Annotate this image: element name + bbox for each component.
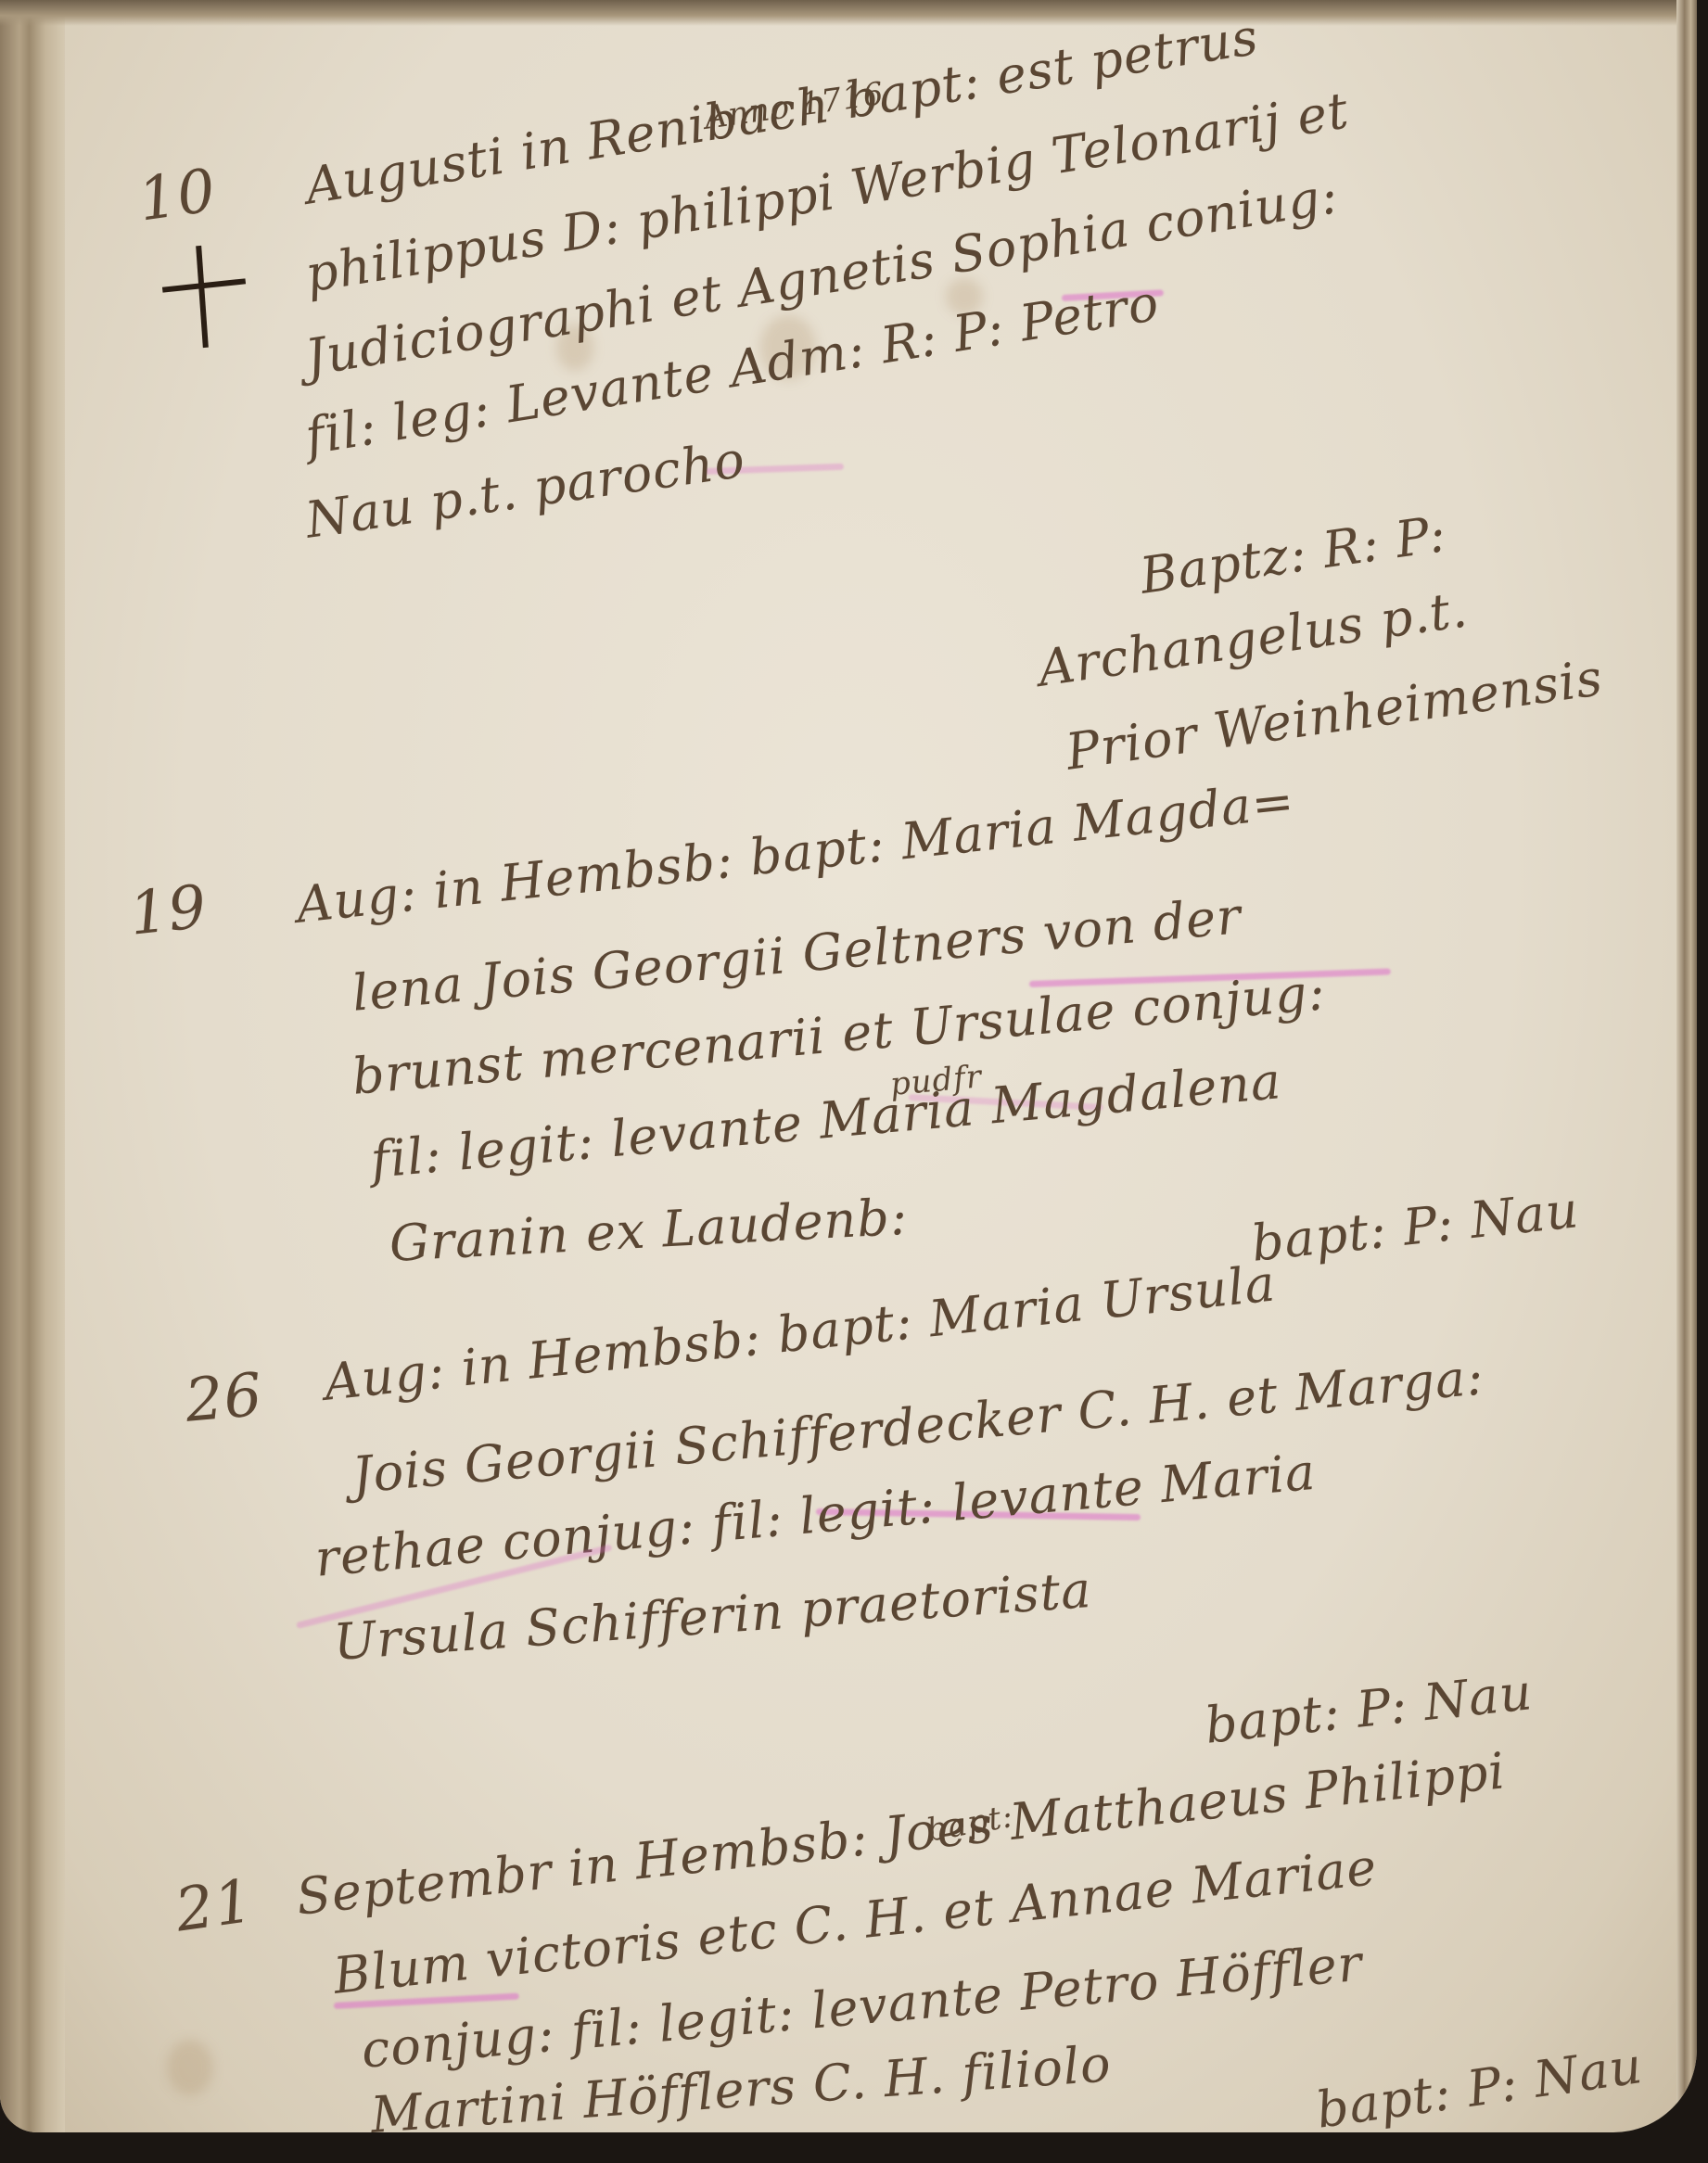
manuscript-page: Anno 1716 10 Augusti in Renibach bapt: e… — [0, 0, 1697, 2132]
entry-day: 19 — [126, 872, 210, 948]
page-edge-left — [0, 0, 65, 2132]
entry-line: Granin ex Laudenb: — [388, 1188, 909, 1273]
baptizer-line: bapt: P: Nau — [1249, 1180, 1582, 1273]
ink-stain — [167, 2040, 213, 2095]
baptizer-line: bapt: P: Nau — [1313, 2036, 1647, 2132]
entry-day: 21 — [172, 1867, 258, 1946]
page-edge-right — [1676, 0, 1697, 2132]
page-edge-top — [0, 0, 1697, 26]
entry-day: 26 — [183, 1361, 266, 1436]
entry-day: 10 — [134, 157, 221, 235]
death-cross-marker — [162, 246, 246, 348]
entry-line: Ursula Schifferin praetorista — [332, 1560, 1094, 1672]
baptizer-line: bapt: P: Nau — [1203, 1662, 1536, 1755]
